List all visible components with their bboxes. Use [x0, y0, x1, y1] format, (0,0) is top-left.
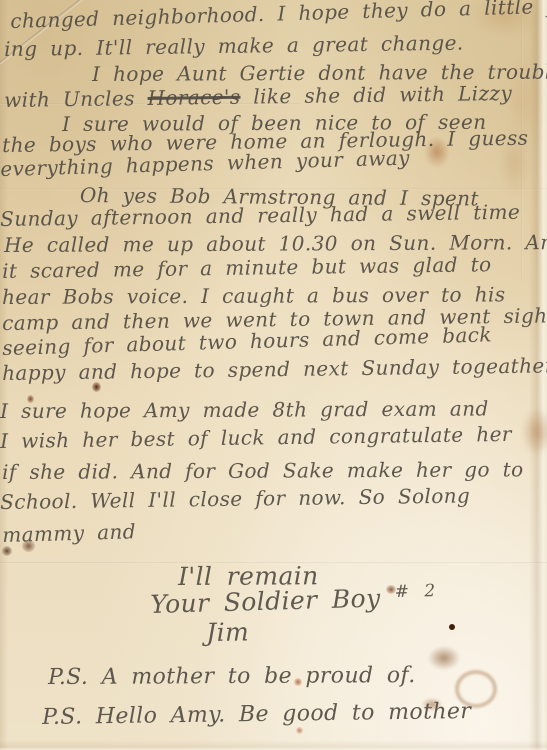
signoff-text: Your Soldier Boy	[150, 584, 381, 619]
letter-line: happy and hope to spend next Sunday toge…	[2, 354, 547, 384]
stain	[296, 727, 303, 734]
stain	[428, 646, 460, 670]
letter-line-segment: with Uncles	[4, 86, 148, 112]
stain	[522, 408, 547, 456]
signoff-soldier-boy: Your Soldier Boy # 2	[150, 583, 438, 619]
page-number-mark: # 2	[394, 581, 437, 602]
stain	[449, 624, 455, 630]
postscript-line: P.S. A mother to be proud of.	[48, 664, 416, 690]
letter-line: I wish her best of luck and congratulate…	[0, 423, 512, 452]
letter-line: with Uncles Horace's like she did with L…	[4, 82, 512, 111]
letter-line-segment: like she did with Lizzy	[240, 81, 512, 109]
stain	[2, 546, 12, 556]
postscript-line: P.S. Hello Amy. Be good to mother	[42, 700, 471, 730]
paper-bottom-edge	[0, 740, 547, 750]
letter-line: Sunday afternoon and really had a swell …	[0, 201, 520, 230]
letter-line: changed neighborhood. I hope they do a l…	[10, 0, 547, 32]
letter-scan: changed neighborhood. I hope they do a l…	[0, 0, 547, 750]
letter-line: I sure hope Amy made 8th grad exam and	[0, 397, 489, 422]
letter-line: if she did. And for God Sake make her go…	[2, 458, 524, 483]
letter-line: School. Well I'll close for now. So Solo…	[0, 484, 470, 513]
crossed-out-word: Horace's	[147, 85, 240, 110]
letter-line: it scared me for a minute but was glad t…	[2, 253, 492, 282]
letter-line: mammy and	[2, 520, 136, 546]
signature-name: Jim	[206, 618, 249, 646]
letter-line: ing up. It'll really make a great change…	[4, 32, 464, 60]
